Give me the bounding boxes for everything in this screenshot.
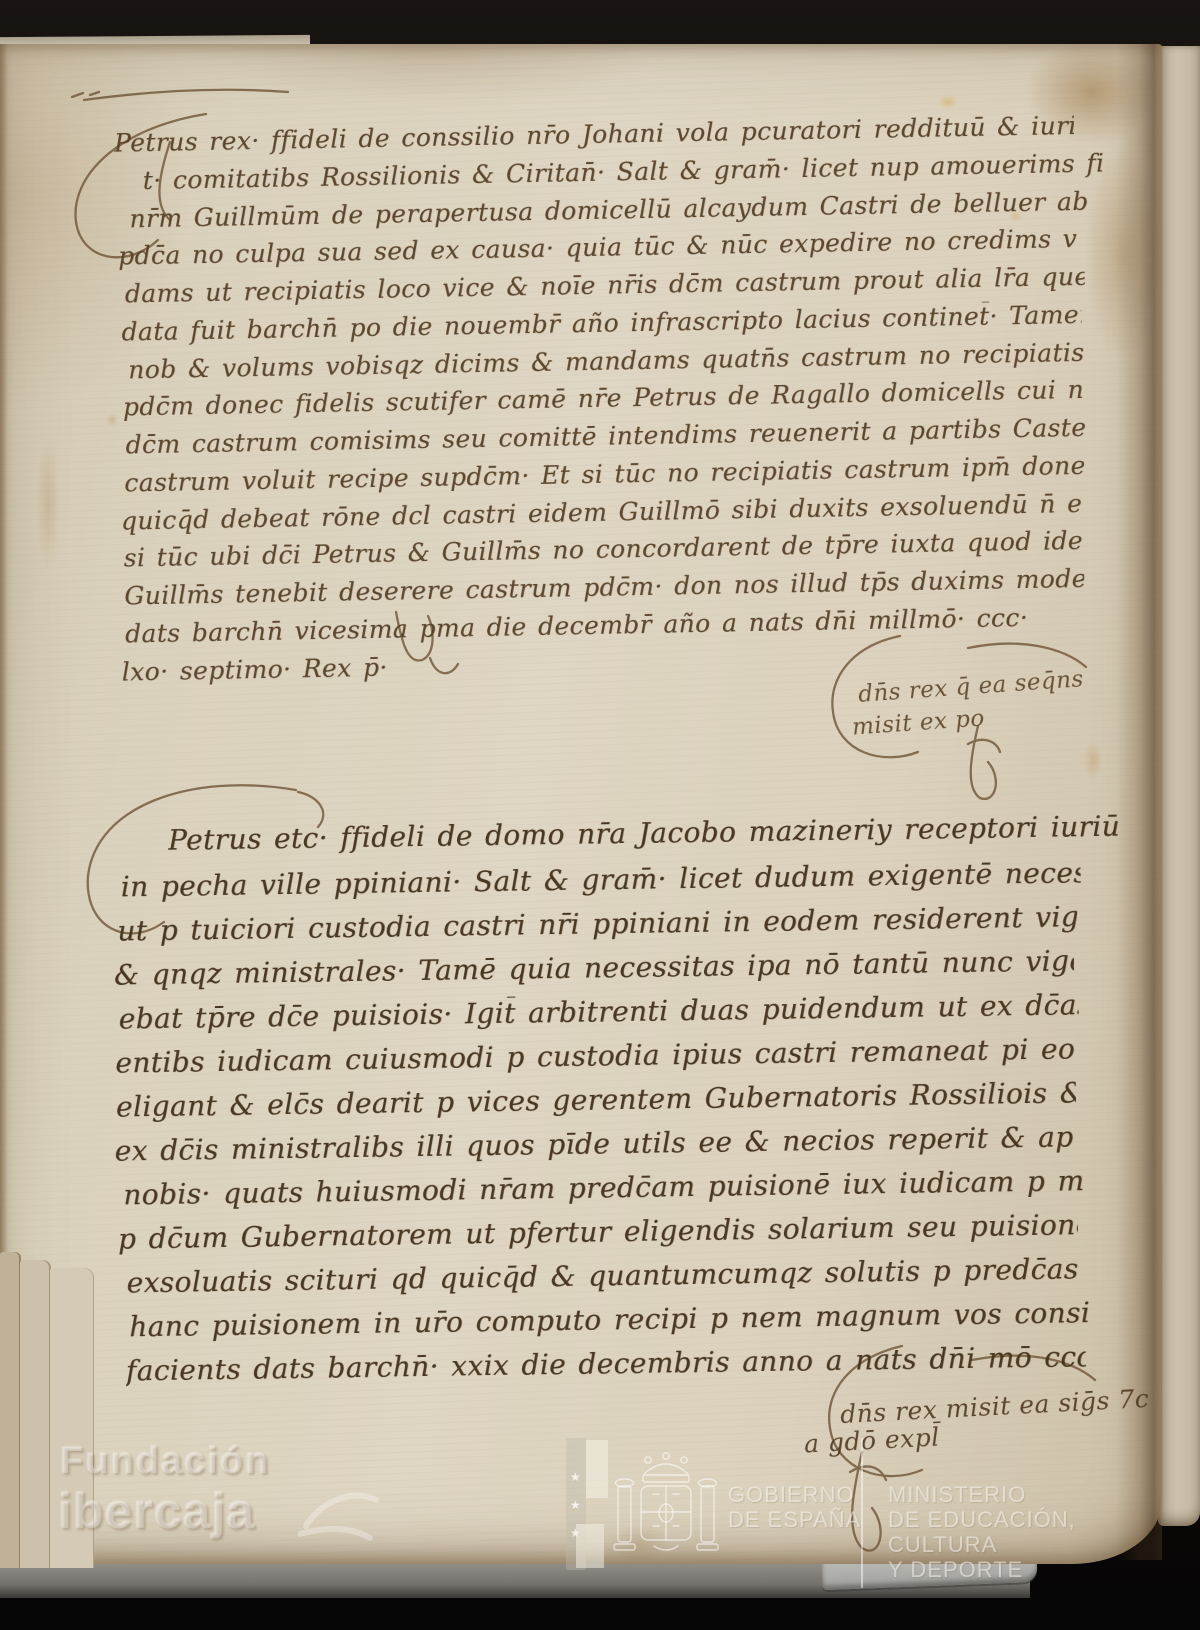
gobierno-line1: GOBIERNO [728, 1482, 878, 1507]
folio-stack-edge [20, 1260, 51, 1568]
eu-star-icon: ★ [570, 1498, 581, 1512]
ibercaja-watermark-line1: Fundación [60, 1440, 270, 1483]
next-folio-edge-right [1158, 46, 1200, 1526]
eu-star-icon: ★ [570, 1470, 581, 1484]
gobierno-watermark: GOBIERNO DE ESPAÑA [728, 1482, 878, 1532]
ministerio-line1: MINISTERIO [888, 1482, 1188, 1507]
ministerio-line2: DE EDUCACIÓN, CULTURA [888, 1507, 1188, 1557]
watermark-divider [861, 1438, 863, 1588]
ibercaja-watermark-line2: ibercaja [58, 1482, 255, 1540]
watermark-block [576, 1524, 604, 1568]
gobierno-line2: DE ESPAÑA [728, 1507, 878, 1532]
ministerio-line3: Y DEPORTE [888, 1557, 1188, 1582]
manuscript-page [0, 44, 1162, 1564]
ministerio-watermark: MINISTERIO DE EDUCACIÓN, CULTURA Y DEPOR… [888, 1482, 1188, 1582]
folio-stack-edge [0, 1252, 21, 1568]
underlying-page-edge-left [0, 44, 8, 1259]
page-fold-crease [1116, 44, 1162, 1560]
manuscript-scan: Petrus rex· ffideli de conssilio nr̄o Jo… [0, 0, 1200, 1630]
watermark-block [586, 1440, 608, 1498]
